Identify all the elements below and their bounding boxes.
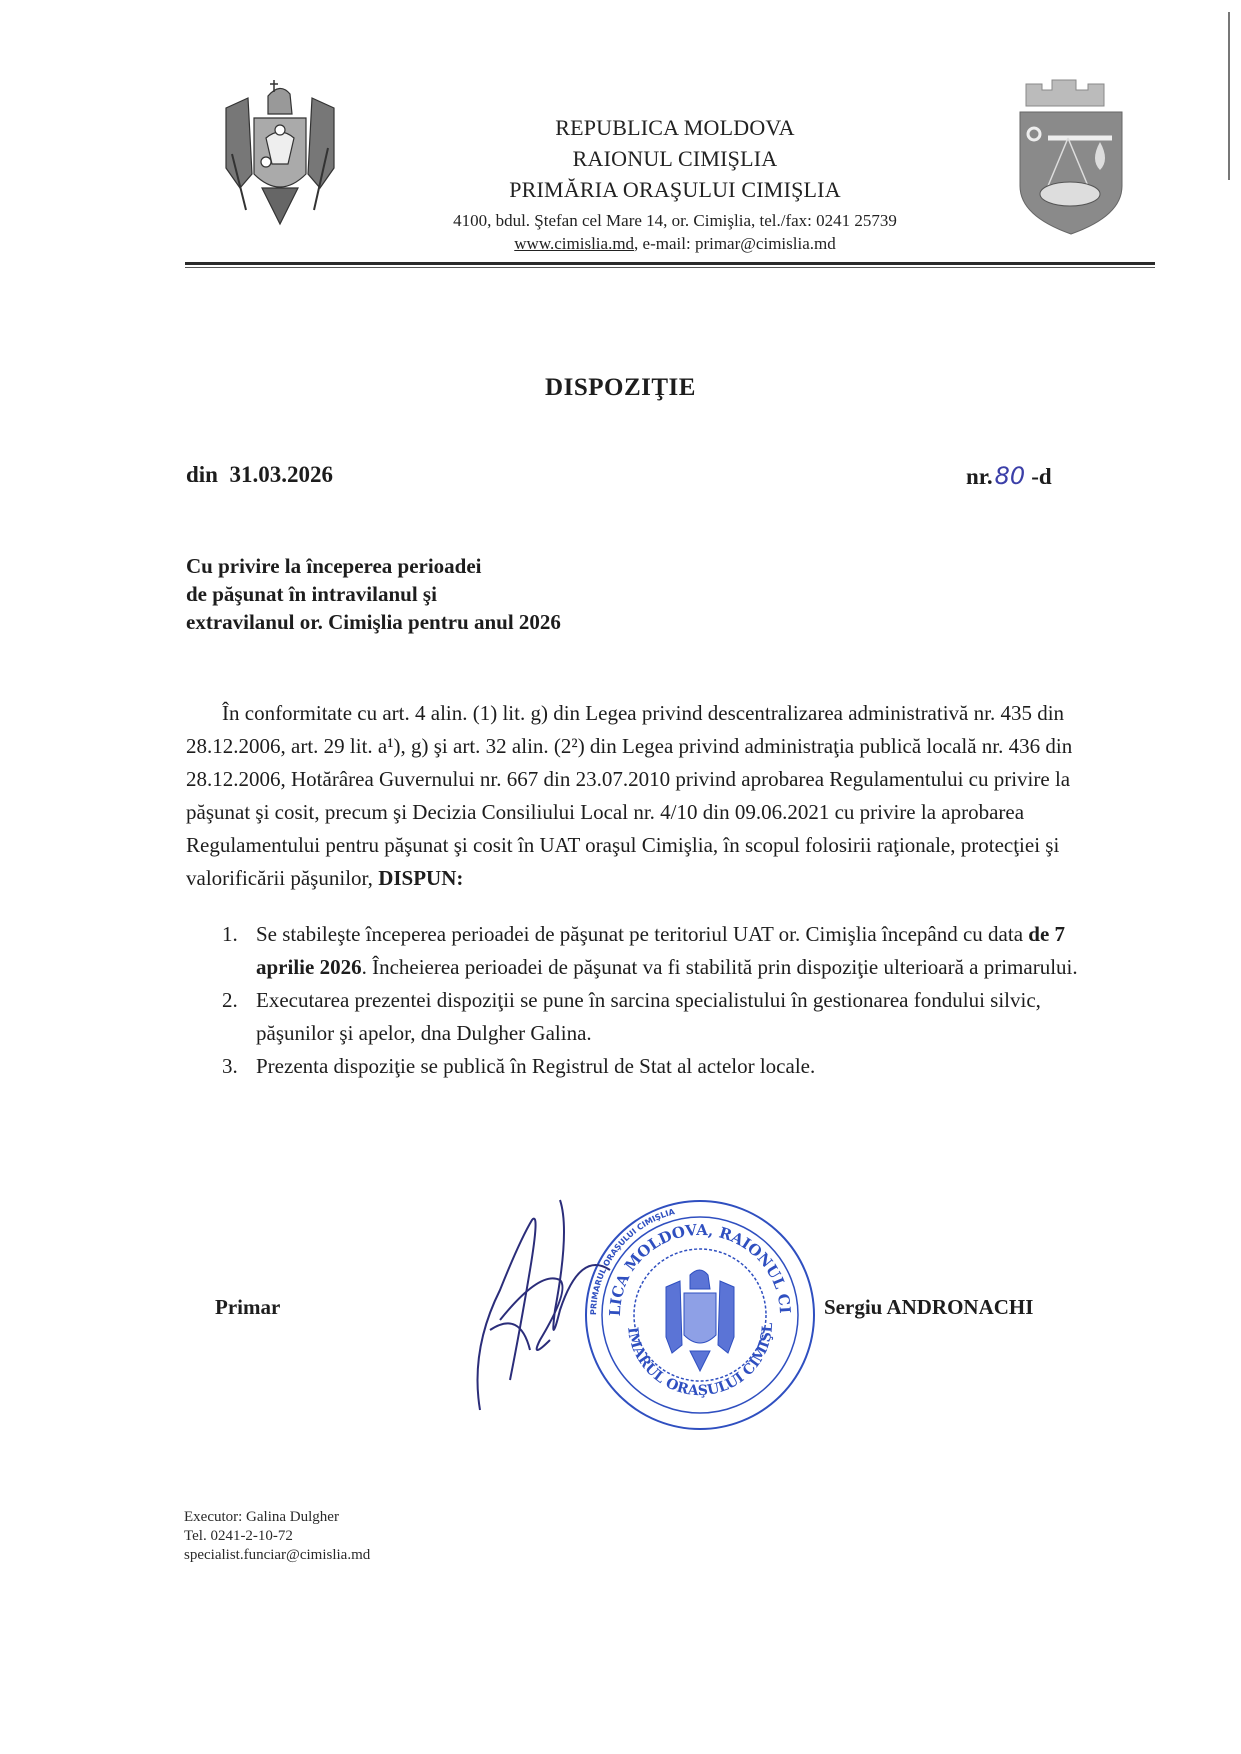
executor-phone: Tel. 0241-2-10-72 xyxy=(184,1527,370,1546)
signer-role: Primar xyxy=(215,1295,280,1320)
item-text: Se stabileşte începerea perioadei de păş… xyxy=(256,922,1028,946)
list-item: 3. Prezenta dispoziţie se publică în Reg… xyxy=(186,1050,1116,1083)
provisions-list: 1. Se stabileşte începerea perioadei de … xyxy=(186,918,1116,1083)
signer-last-name: ANDRONACHI xyxy=(886,1295,1033,1319)
dispun-keyword: DISPUN: xyxy=(378,866,463,890)
handwritten-signature-icon xyxy=(460,1190,620,1420)
executor-name: Executor: Galina Dulgher xyxy=(184,1508,370,1527)
list-item: 1. Se stabileşte începerea perioadei de … xyxy=(186,918,1116,984)
preamble-paragraph: În conformitate cu art. 4 alin. (1) lit.… xyxy=(186,697,1116,895)
item-text: Prezenta dispoziţie se publică în Regist… xyxy=(256,1054,815,1078)
moldova-coat-of-arms-icon xyxy=(218,78,342,226)
header-divider xyxy=(185,262,1155,265)
signer-name: Sergiu ANDRONACHI xyxy=(824,1295,1033,1320)
number-prefix: nr. xyxy=(966,464,993,489)
item-number: 2. xyxy=(222,984,238,1017)
date-value: 31.03.2026 xyxy=(229,462,333,487)
country-name: REPUBLICA MOLDOVA xyxy=(340,112,1010,143)
date-label: din xyxy=(186,462,218,487)
scan-edge-line xyxy=(1228,12,1230,180)
handwritten-number: 80 xyxy=(995,462,1026,490)
institution-address: 4100, bdul. Ştefan cel Mare 14, or. Cimi… xyxy=(340,209,1010,233)
preamble-text: În conformitate cu art. 4 alin. (1) lit.… xyxy=(186,701,1072,890)
subject-line: extravilanul or. Cimişlia pentru anul 20… xyxy=(186,608,561,636)
item-text: . Încheierea perioadei de păşunat va fi … xyxy=(362,955,1078,979)
subject-line: Cu privire la începerea perioadei xyxy=(186,552,561,580)
document-date: din 31.03.2026 xyxy=(186,462,333,488)
institution-name: PRIMĂRIA ORAŞULUI CIMIŞLIA xyxy=(340,174,1010,205)
item-number: 1. xyxy=(222,918,238,951)
document-subject: Cu privire la începerea perioadei de păş… xyxy=(186,552,561,636)
cimislia-coat-of-arms-icon xyxy=(1018,76,1124,236)
email-link[interactable]: primar@cimislia.md xyxy=(695,234,836,253)
list-item: 2. Executarea prezentei dispoziţii se pu… xyxy=(186,984,1116,1050)
executor-block: Executor: Galina Dulgher Tel. 0241-2-10-… xyxy=(184,1508,370,1565)
document-title: DISPOZIŢIE xyxy=(0,374,1241,402)
document-number: nr.80-d xyxy=(966,462,1052,490)
header-divider-thin xyxy=(185,267,1155,268)
letterhead: REPUBLICA MOLDOVA RAIONUL CIMIŞLIA PRIMĂ… xyxy=(340,112,1010,255)
item-number: 3. xyxy=(222,1050,238,1083)
website-link[interactable]: www.cimislia.md xyxy=(514,234,634,253)
subject-line: de păşunat în intravilanul şi xyxy=(186,580,561,608)
item-text: Executarea prezentei dispoziţii se pune … xyxy=(256,988,1041,1045)
executor-email[interactable]: specialist.funciar@cimislia.md xyxy=(184,1546,370,1565)
number-suffix: -d xyxy=(1031,464,1051,489)
signer-first-name: Sergiu xyxy=(824,1295,882,1319)
district-name: RAIONUL CIMIŞLIA xyxy=(340,143,1010,174)
email-label: , e-mail: xyxy=(634,234,695,253)
contact-line: www.cimislia.md, e-mail: primar@cimislia… xyxy=(340,233,1010,255)
